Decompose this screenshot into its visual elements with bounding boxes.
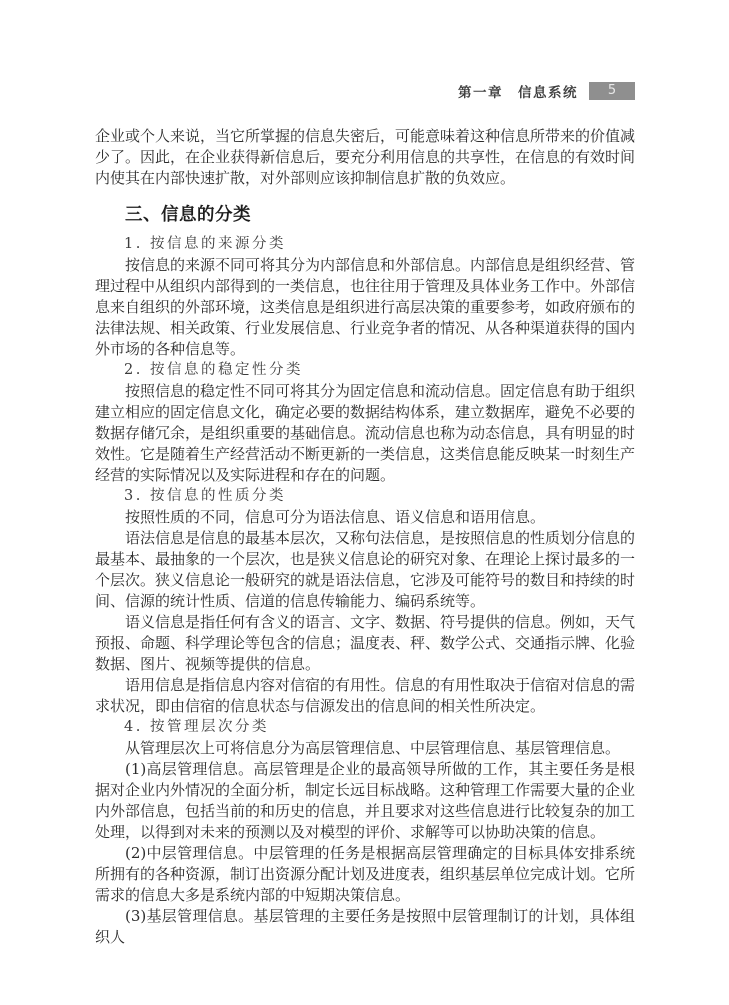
subsection-3-paragraph-2: 语法信息是信息的最基本层次，又称句法信息，是按照信息的性质划分信息的最基本、最抽… bbox=[95, 528, 635, 612]
subsection-4-paragraph-3: (2)中层管理信息。中层管理的任务是根据高层管理确定的目标具体安排系统所拥有的各… bbox=[95, 843, 635, 906]
page-number-badge: 5 bbox=[589, 82, 635, 100]
intro-paragraph: 企业或个人来说，当它所掌握的信息失密后，可能意味着这种信息所带来的价值减少了。因… bbox=[95, 126, 635, 189]
subsection-4-paragraph-1: 从管理层次上可将信息分为高层管理信息、中层管理信息、基层管理信息。 bbox=[95, 738, 635, 759]
subsection-2-paragraph: 按照信息的稳定性不同可将其分为固定信息和流动信息。固定信息有助于组织建立相应的固… bbox=[95, 381, 635, 486]
running-head: 第一章 信息系统 5 bbox=[95, 82, 635, 100]
subsection-1-heading: 1. 按信息的来源分类 bbox=[95, 234, 635, 255]
subsection-3-paragraph-3: 语义信息是指任何有含义的语言、文字、数据、符号提供的信息。例如，天气预报、命题、… bbox=[95, 612, 635, 675]
chapter-title: 第一章 信息系统 bbox=[458, 81, 578, 101]
subsection-4-heading: 4. 按管理层次分类 bbox=[95, 717, 635, 738]
book-page: 第一章 信息系统 5 企业或个人来说，当它所掌握的信息失密后，可能意味着这种信息… bbox=[0, 0, 729, 1005]
subsection-3-paragraph-4: 语用信息是指信息内容对信宿的有用性。信息的有用性取决于信宿对信息的需求状况，即由… bbox=[95, 675, 635, 717]
subsection-3-heading: 3. 按信息的性质分类 bbox=[95, 486, 635, 507]
subsection-4-paragraph-2: (1)高层管理信息。高层管理是企业的最高领导所做的工作，其主要任务是根据对企业内… bbox=[95, 759, 635, 843]
subsection-1-paragraph: 按信息的来源不同可将其分为内部信息和外部信息。内部信息是组织经营、管理过程中从组… bbox=[95, 255, 635, 360]
subsection-3-paragraph-1: 按照性质的不同，信息可分为语法信息、语义信息和语用信息。 bbox=[95, 507, 635, 528]
section-title: 三、信息的分类 bbox=[95, 203, 635, 227]
page-body: 企业或个人来说，当它所掌握的信息失密后，可能意味着这种信息所带来的价值减少了。因… bbox=[95, 126, 635, 948]
subsection-4-paragraph-4: (3)基层管理信息。基层管理的主要任务是按照中层管理制订的计划，具体组织人 bbox=[95, 906, 635, 948]
subsection-2-heading: 2. 按信息的稳定性分类 bbox=[95, 360, 635, 381]
